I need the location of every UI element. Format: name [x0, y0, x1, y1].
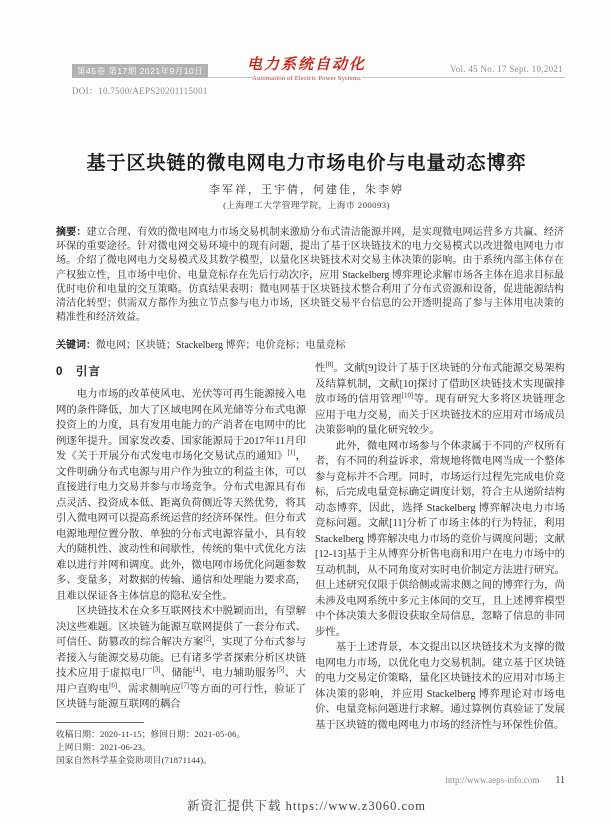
- keywords-label: 关键词：: [56, 340, 96, 351]
- body-column-left: 0 引言 电力市场的改革使风电、光伏等可再生能源接入电网的条件降低，加大了区域电…: [56, 361, 306, 713]
- doi-text: DOI：10.7500/AEPS20201115001: [72, 84, 208, 97]
- abstract-label: 摘要：: [56, 227, 87, 238]
- page-number: 11: [555, 775, 565, 786]
- paragraph: 性[8]。文献[9]设计了基于区块链的分布式能源交易架构及结算机制，文献[10]…: [315, 361, 565, 439]
- keywords-block: 关键词：微电网；区块链；Stackelberg 博弈；电价竞标；电量竞标: [56, 339, 564, 353]
- abstract-text: 建立合理、有效的微电网电力市场交易机制来激励分布式清洁能源并网，是实现微电网运营…: [56, 227, 564, 323]
- footnote-block: 收稿日期：2020-11-15；修回日期：2021-05-06。 上网日期：20…: [56, 722, 306, 767]
- keywords-text: 微电网；区块链；Stackelberg 博弈；电价竞标；电量竞标: [96, 340, 346, 351]
- issue-info-en: Vol. 45 No. 17 Sept. 10,2021: [450, 64, 563, 74]
- paragraph: 此外，微电网市场参与个体隶属于不同的产权所有者，有不同的利益诉求，常规地将微电网…: [315, 439, 565, 641]
- journal-logo-en: Automation of Electric Power Systems: [0, 76, 613, 83]
- footnote-line: 收稿日期：2020-11-15；修回日期：2021-05-06。: [56, 728, 306, 741]
- paragraph: 区块链技术在众多互联网技术中脱颖而出，有望解决这些难题。区块链为能源互联网提供了…: [56, 604, 306, 713]
- page-footer: http://www.aeps-info.com11: [315, 775, 565, 786]
- footnote-rule: [56, 722, 144, 723]
- watermark-label: 新资汇提供下载: [187, 799, 282, 813]
- section-heading: 0 引言: [56, 363, 306, 379]
- abstract-block: 摘要：建立合理、有效的微电网电力市场交易机制来激励分布式清洁能源并网，是实现微电…: [56, 226, 564, 325]
- paragraph: 基于上述背景，本文提出以区块链技术为支撑的微电网电力市场，以优化电力交易机制。建…: [315, 640, 565, 733]
- journal-page: 第45卷 第17期 2021年9月10日 DOI：10.7500/AEPS202…: [0, 0, 613, 825]
- watermark-text: 新资汇提供下载 https://www.z3060.com: [0, 796, 613, 814]
- paragraph: 电力市场的改革使风电、光伏等可再生能源接入电网的条件降低，加大了区域电网在风光储…: [56, 387, 306, 604]
- authors-line: 李军祥，王宇倩，何建佳，朱李婷: [0, 181, 613, 197]
- affiliation-line: (上海理工大学管理学院，上海市 200093): [0, 198, 613, 211]
- paper-title: 基于区块链的微电网电力市场电价与电量动态博弈: [0, 148, 613, 175]
- footnote-line: 上网日期：2021-06-23。: [56, 741, 306, 754]
- footer-url: http://www.aeps-info.com: [445, 775, 539, 785]
- watermark-link[interactable]: https://www.z3060.com: [286, 799, 426, 813]
- body-column-right: 性[8]。文献[9]设计了基于区块链的分布式能源交易架构及结算机制，文献[10]…: [315, 361, 565, 733]
- footnote-line: 国家自然科学基金资助项目(71871144)。: [56, 754, 306, 767]
